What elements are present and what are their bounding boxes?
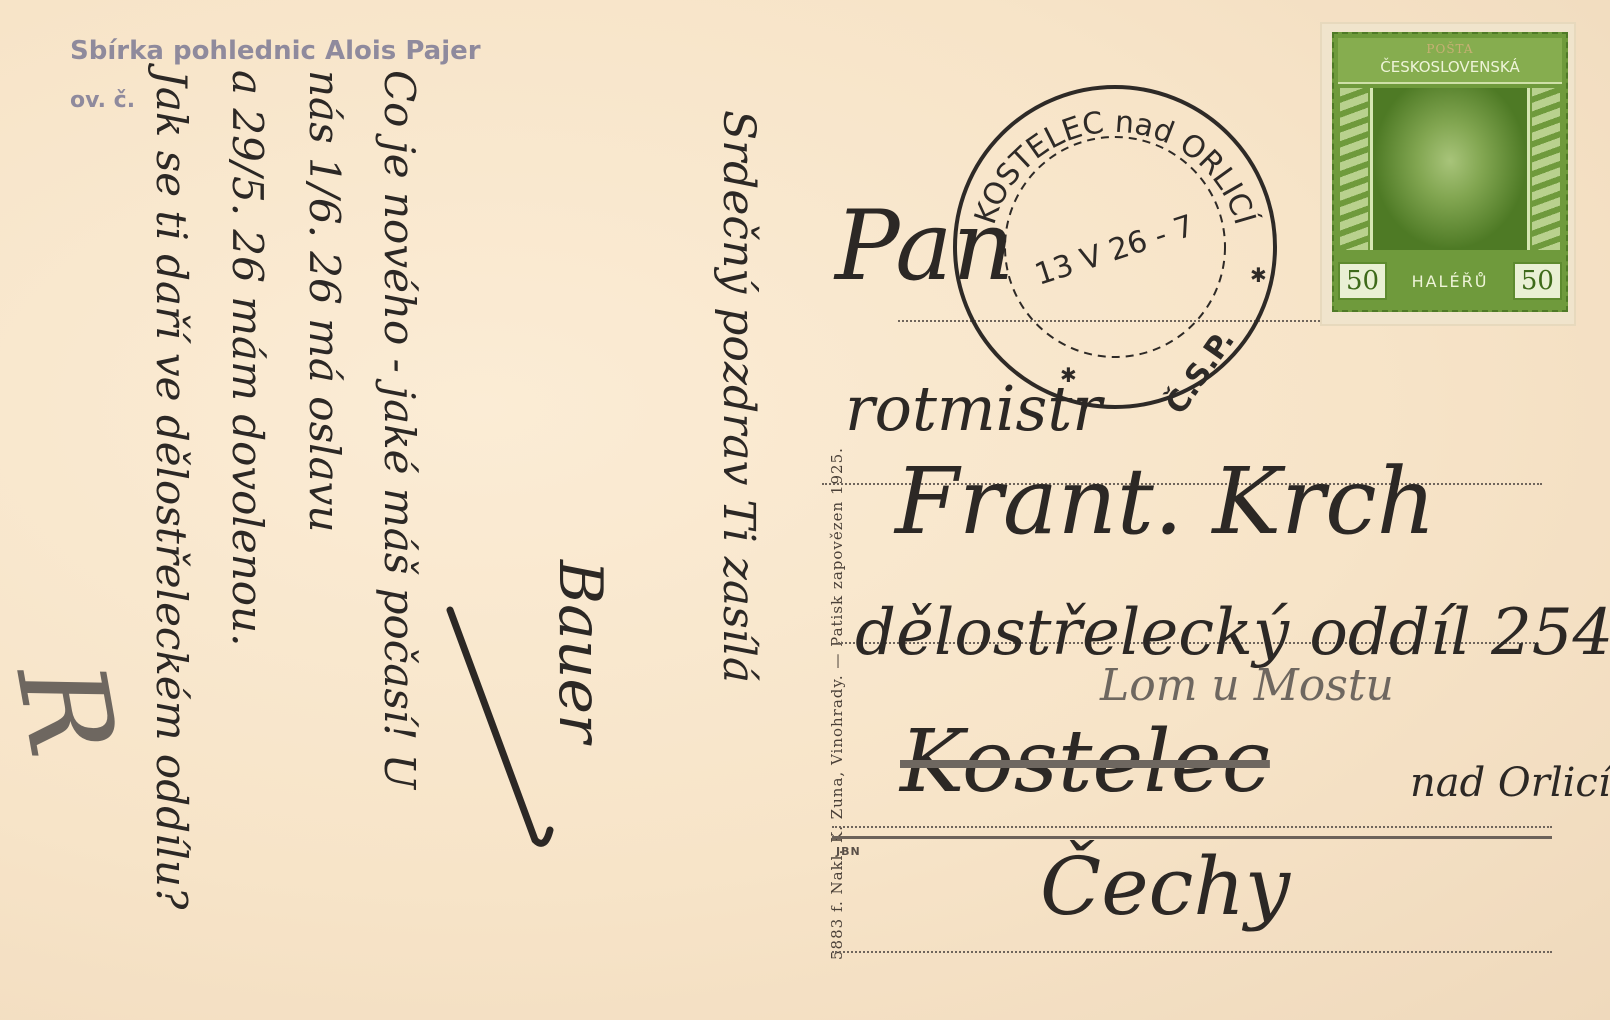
address-rank: rotmistr <box>845 372 1102 445</box>
address-rule-4 <box>832 826 1552 828</box>
laurel-right-icon <box>1532 88 1560 250</box>
address-rule-5 <box>832 951 1552 953</box>
message-line-1: Co je nového - jaké máš počasí! U <box>378 70 420 789</box>
stamp-value-right: 50 <box>1513 262 1562 300</box>
postmark-date: 13 V 26 - 7 <box>1031 208 1199 292</box>
stamp-value-left: 50 <box>1338 262 1387 300</box>
postmark-star-icon: ✱ <box>1250 263 1267 287</box>
address-rule-solid <box>832 836 1552 839</box>
portrait-icon <box>1370 88 1530 250</box>
printer-mark: JBN <box>836 845 861 858</box>
address-unit: dělostřelecký oddíl 254 <box>855 596 1610 670</box>
collection-stamp-line1: Sbírka pohlednic Alois Pajer <box>70 36 481 66</box>
address-salutation: Pan <box>835 190 1014 302</box>
postage-stamp: POŠTA ČESKOSLOVENSKÁ 50 HALÉŘŮ 50 <box>1322 24 1574 324</box>
pen-stroke <box>440 600 560 860</box>
publisher-imprint: 5883 f. Nakl. K. Zuna, Vinohrady. — Pati… <box>828 447 846 960</box>
address-town-correction: Lom u Mostu <box>1100 660 1394 711</box>
collection-stamp-line2: ov. č. <box>70 88 135 113</box>
message-line-4: Jak se ti daří ve dělostřeleckém oddílu? <box>150 70 192 909</box>
postcard-back: Sbírka pohlednic Alois Pajer ov. č. Co j… <box>0 0 1610 1020</box>
stamp-country: ČESKOSLOVENSKÁ <box>1338 58 1562 76</box>
stamp-header: POŠTA <box>1338 42 1562 56</box>
greeting-line: Srdečný pozdrav Ti zasílá <box>716 110 760 683</box>
message-line-2: nás 1/6. 26 má oslavu <box>303 70 345 532</box>
stamp-currency: HALÉŘŮ <box>1412 272 1489 291</box>
laurel-left-icon <box>1340 88 1368 250</box>
initial-mark: R <box>0 653 141 766</box>
address-town-note: nad Orlicí <box>1410 760 1610 806</box>
postmark-suffix: Č.S.P. <box>1157 322 1241 412</box>
address-country: Čechy <box>1040 840 1290 933</box>
message-line-3: a 29/5. 26 mám dovolenou. <box>226 70 268 646</box>
address-name: Frant. Krch <box>895 448 1436 555</box>
address-town-struck: Kostelec <box>900 712 1270 812</box>
